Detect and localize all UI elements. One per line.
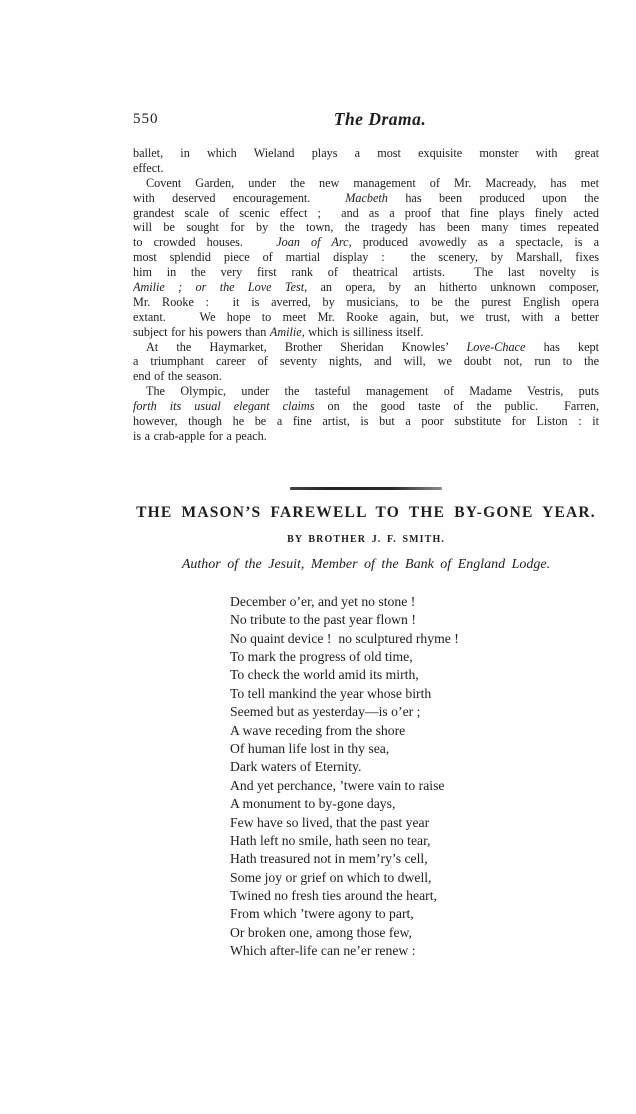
text-line: effect. (133, 161, 599, 176)
running-title: The Drama. (334, 109, 427, 129)
text-line: most splendid piece of martial display :… (133, 250, 599, 265)
text-line: Mr. Rooke : it is averred, by musicians,… (133, 295, 599, 310)
text-line: The Olympic, under the tasteful manageme… (133, 384, 599, 399)
poem-line: No tribute to the past year flown ! (230, 611, 599, 629)
text-line: At the Haymarket, Brother Sheridan Knowl… (133, 340, 599, 355)
paragraph: ballet, in which Wieland plays a most ex… (133, 146, 599, 176)
text-line: end of the season. (133, 369, 599, 384)
paragraph: The Olympic, under the tasteful manageme… (133, 384, 599, 444)
document-page: 550 The Drama. ballet, in which Wieland … (0, 0, 636, 1114)
poem-line: Of human life lost in thy sea, (230, 740, 599, 758)
poem-line: Hath left no smile, hath seen no tear, (230, 832, 599, 850)
text-line: ballet, in which Wieland plays a most ex… (133, 146, 599, 161)
text-line: a triumphant career of seventy nights, a… (133, 354, 599, 369)
text-line: is a crab-apple for a peach. (133, 429, 599, 444)
divider-wrap (133, 477, 599, 480)
poem-line: To mark the progress of old time, (230, 648, 599, 666)
text-line: extant. We hope to meet Mr. Rooke again,… (133, 310, 599, 325)
poem-line: Twined no fresh ties around the heart, (230, 887, 599, 905)
poem-line: Few have so lived, that the past year (230, 814, 599, 832)
poem-line: From which ’twere agony to part, (230, 905, 599, 923)
article-body: ballet, in which Wieland plays a most ex… (133, 146, 599, 444)
poem-line: To check the world amid its mirth, (230, 666, 599, 684)
paragraph: Covent Garden, under the new management … (133, 176, 599, 340)
poem-line: A wave receding from the shore (230, 722, 599, 740)
poem-line: To tell mankind the year whose birth (230, 685, 599, 703)
poem-line: Hath treasured not in mem’ry’s cell, (230, 850, 599, 868)
poem-byline: BY BROTHER J. F. SMITH. (133, 534, 599, 545)
text-line: Amilie ; or the Love Test, an opera, by … (133, 280, 599, 295)
poem-line: Or broken one, among those few, (230, 924, 599, 942)
running-title-wrap: The Drama. (147, 109, 613, 130)
poem-line: December o’er, and yet no stone ! (230, 593, 599, 611)
poem-line: Dark waters of Eternity. (230, 758, 599, 776)
text-line: grandest scale of scenic effect ; and as… (133, 206, 599, 221)
poem-line: A monument to by-gone days, (230, 795, 599, 813)
text-line: subject for his powers than Amilie, whic… (133, 325, 599, 340)
section-divider-rule (290, 487, 442, 490)
text-line: him in the very first rank of theatrical… (133, 265, 599, 280)
running-head: 550 The Drama. (133, 109, 599, 131)
poem-line: Which after-life can ne’er renew : (230, 942, 599, 960)
paragraph: At the Haymarket, Brother Sheridan Knowl… (133, 340, 599, 385)
poem-line: Seemed but as yesterday—is o’er ; (230, 703, 599, 721)
text-line: will be sought for by the town, the trag… (133, 220, 599, 235)
poem-line: Some joy or grief on which to dwell, (230, 869, 599, 887)
text-line: however, though he be a fine artist, is … (133, 414, 599, 429)
poem-line: And yet perchance, ’twere vain to raise (230, 777, 599, 795)
poem-title: THE MASON’S FAREWELL TO THE BY-GONE YEAR… (133, 504, 599, 522)
poem-author-note: Author of the Jesuit, Member of the Bank… (133, 557, 599, 573)
text-column: 550 The Drama. ballet, in which Wieland … (133, 0, 599, 961)
text-line: to crowded houses. Joan of Arc, produced… (133, 235, 599, 250)
text-line: Covent Garden, under the new management … (133, 176, 599, 191)
poem-body: December o’er, and yet no stone !No trib… (230, 593, 599, 961)
poem-line: No quaint device ! no sculptured rhyme ! (230, 630, 599, 648)
text-line: forth its usual elegant claims on the go… (133, 399, 599, 414)
text-line: with deserved encouragement. Macbeth has… (133, 191, 599, 206)
